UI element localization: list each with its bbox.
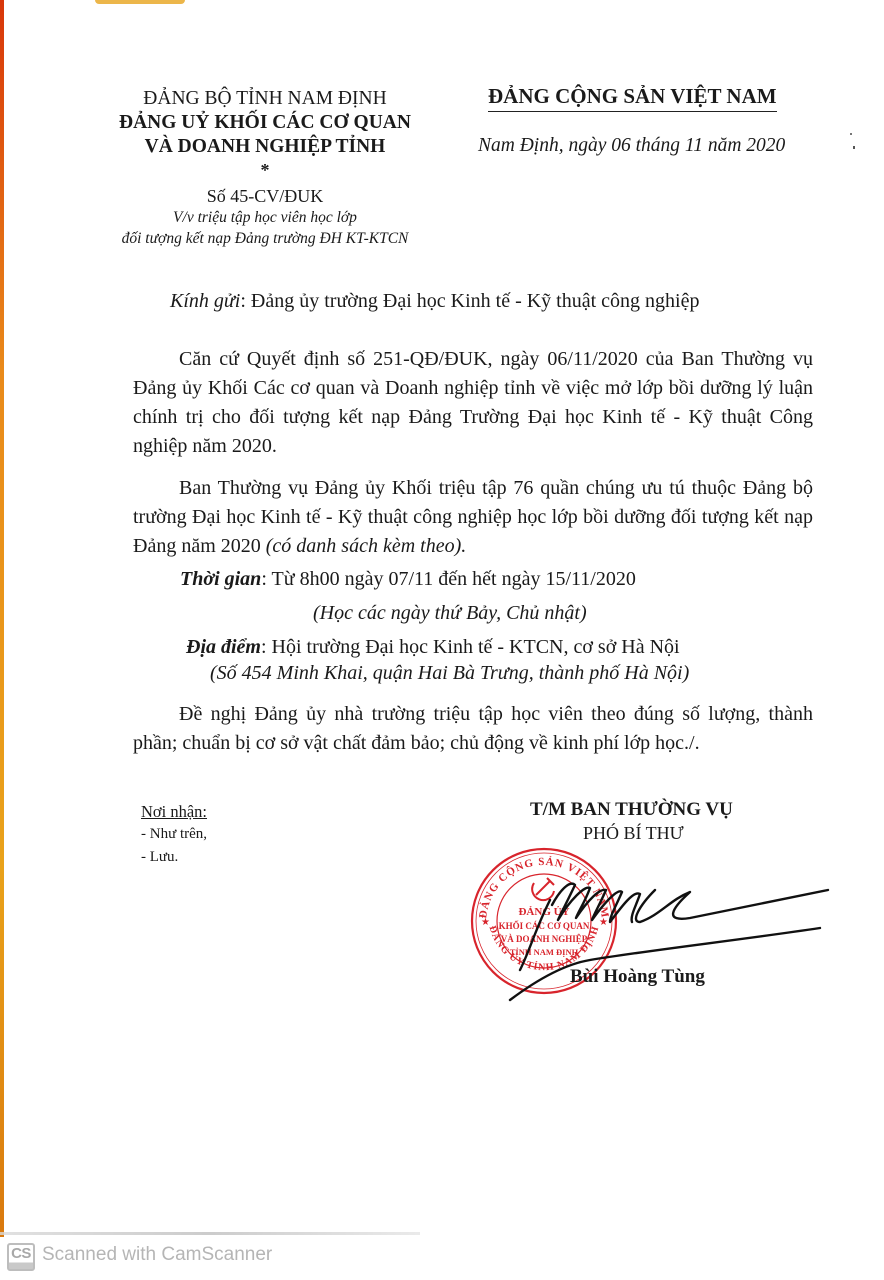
signer-on-behalf: T/M BAN THƯỜNG VỤ xyxy=(530,799,733,821)
document-number: Số 45-CV/ĐUK xyxy=(90,186,440,207)
document-subject-line1: V/v triệu tập học viên học lớp xyxy=(90,209,440,227)
paragraph-basis: Căn cứ Quyết định số 251-QĐ/ĐUK, ngày 06… xyxy=(133,345,813,461)
document-date: Nam Định, ngày 06 tháng 11 năm 2020 xyxy=(478,135,785,157)
place-value: : Hội trường Đại học Kinh tế - KTCN, cơ … xyxy=(261,636,680,658)
org-parent: ĐẢNG BỘ TỈNH NAM ĐỊNH xyxy=(90,88,440,110)
camscanner-logo-icon: CS xyxy=(7,1243,35,1271)
schedule-place: Địa điểm: Hội trường Đại học Kinh tế - K… xyxy=(186,636,680,659)
recipients-label: Nơi nhận: xyxy=(141,802,207,822)
place-label: Địa điểm xyxy=(186,636,261,658)
addressee-text: : Đảng ủy trường Đại học Kinh tế - Kỹ th… xyxy=(240,290,699,312)
time-value: : Từ 8h00 ngày 07/11 đến hết ngày 15/11/… xyxy=(261,568,636,590)
scan-edge-top xyxy=(95,0,185,4)
scan-speck xyxy=(853,146,855,149)
scan-speck xyxy=(850,133,852,135)
header-star: * xyxy=(90,160,440,181)
paragraph-summons-note: (có danh sách kèm theo). xyxy=(266,535,467,557)
signer-name: Bùi Hoàng Tùng xyxy=(570,966,705,988)
scan-edge-left xyxy=(0,0,4,1237)
paragraph-summons-text: Ban Thường vụ Đảng ủy Khối triệu tập 76 … xyxy=(133,477,813,557)
signer-role: PHÓ BÍ THƯ xyxy=(583,823,684,844)
schedule-time: Thời gian: Từ 8h00 ngày 07/11 đến hết ng… xyxy=(180,568,636,591)
addressee-label: Kính gửi xyxy=(170,290,240,312)
recipient-item: - Như trên, xyxy=(141,826,207,843)
addressee: Kính gửi: Đảng ủy trường Đại học Kinh tế… xyxy=(170,290,699,313)
org-name-line2: VÀ DOANH NGHIỆP TỈNH xyxy=(90,136,440,158)
place-note: (Số 454 Minh Khai, quận Hai Bà Trưng, th… xyxy=(210,662,689,685)
document-subject-line2: đối tượng kết nạp Đảng trường ĐH KT-KTCN xyxy=(90,230,440,248)
time-label: Thời gian xyxy=(180,568,261,590)
org-name-line1: ĐẢNG UỶ KHỐI CÁC CƠ QUAN xyxy=(90,112,440,134)
paragraph-summons: Ban Thường vụ Đảng ủy Khối triệu tập 76 … xyxy=(133,474,813,561)
paragraph-request: Đề nghị Đảng ủy nhà trường triệu tập học… xyxy=(133,700,813,758)
time-note: (Học các ngày thứ Bảy, Chủ nhật) xyxy=(313,602,587,625)
recipient-item: - Lưu. xyxy=(141,849,178,866)
party-title: ĐẢNG CỘNG SẢN VIỆT NAM xyxy=(488,84,777,112)
scanner-watermark: Scanned with CamScanner xyxy=(42,1244,272,1266)
svg-text:★: ★ xyxy=(481,917,490,928)
scan-edge-bottom xyxy=(0,1232,420,1235)
